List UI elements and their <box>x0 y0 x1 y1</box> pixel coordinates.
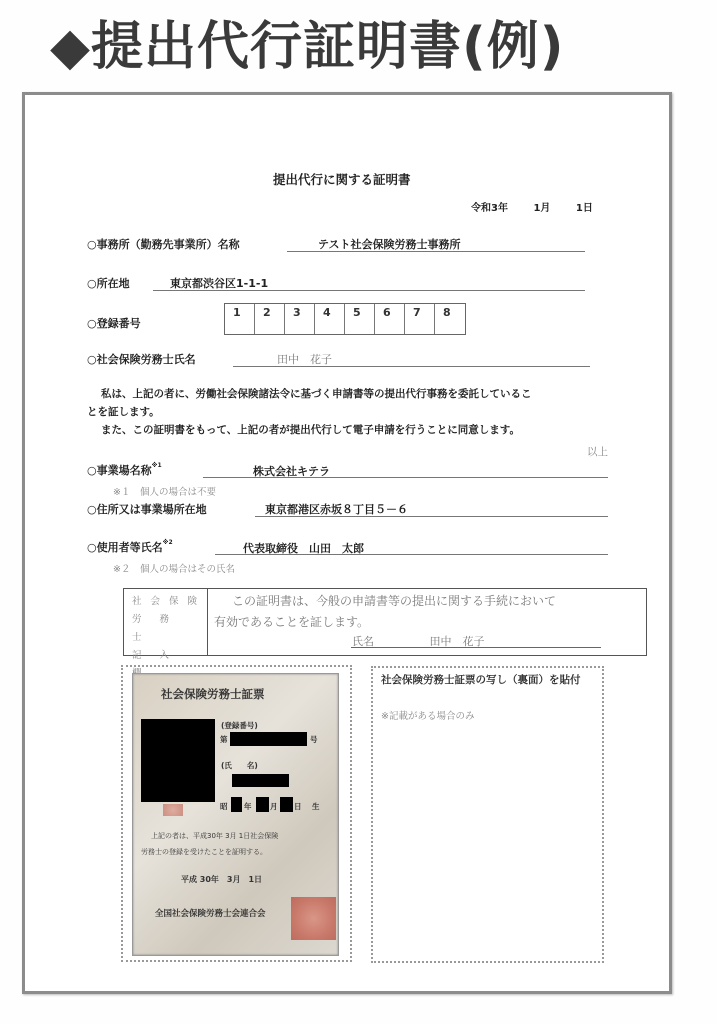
sharoushi-name-underline <box>233 366 590 367</box>
license-card-title: 社会保険労務士証票 <box>161 686 265 702</box>
certification-box-text: この証明書は、今般の申請書等の提出に関する手続において 有効であることを証します… <box>208 589 646 655</box>
license-birth-day-unit: 日 <box>294 801 302 812</box>
date-month: 1月 <box>533 203 550 214</box>
employer-name-label: ○使用者等氏名※2 <box>87 539 173 555</box>
reg-digit: 8 <box>435 304 465 334</box>
redacted-birth-year <box>231 797 242 812</box>
registration-number-boxes: 1 2 3 4 5 6 7 8 <box>224 303 466 335</box>
certification-signature: 氏名 田中 花子 <box>352 631 485 652</box>
redacted-birth-day <box>280 797 293 812</box>
reg-digit: 6 <box>375 304 405 334</box>
document-title: 提出代行に関する証明書 <box>273 170 411 188</box>
license-card-photo: 社会保険労務士証票 (登録番号) 第 号 (氏 名) 昭 年 月 日 生 上記の… <box>132 673 339 956</box>
license-reg-label: (登録番号) <box>221 720 258 731</box>
date-day: 1日 <box>576 203 593 214</box>
license-birth-month-unit: 月 <box>270 801 278 812</box>
redacted-photo <box>141 719 215 802</box>
sharoushi-name-label: ○社会保険労務士氏名 <box>87 351 196 367</box>
reg-digit: 4 <box>315 304 345 334</box>
reg-digit: 1 <box>225 304 255 334</box>
sharoushi-certification-box: 社会保険 労務士 記入欄 この証明書は、今般の申請書等の提出に関する手続において… <box>123 588 647 656</box>
signature-underline <box>351 647 601 648</box>
certification-box-label: 社会保険 労務士 記入欄 <box>124 589 208 655</box>
license-reg-prefix: 第 <box>220 734 228 745</box>
reg-digit: 5 <box>345 304 375 334</box>
reg-digit: 2 <box>255 304 285 334</box>
business-name-note: ※１ 個人の場合は不要 <box>113 484 216 498</box>
license-reg-suffix: 号 <box>310 734 318 745</box>
license-birth-prefix: 昭 <box>220 801 228 812</box>
document-date: 令和3年 1月 1日 <box>471 199 593 214</box>
employer-name-label-text: ○使用者等氏名 <box>87 541 163 554</box>
license-birth-suffix: 生 <box>312 801 320 812</box>
note-marker-2: ※2 <box>163 539 173 546</box>
redacted-birth-month <box>256 797 269 812</box>
business-address-underline <box>255 516 608 517</box>
sharoushi-name-value: 田中 花子 <box>277 351 332 367</box>
address-value: 東京都渋谷区1-1-1 <box>170 275 268 291</box>
license-back-paste-area: 社会保険労務士証票の写し（裏面）を貼付 ※記載がある場合のみ <box>371 666 604 963</box>
statement-line-2: とを証します。 <box>87 404 160 422</box>
license-name-label: (氏 名) <box>221 760 258 771</box>
business-address-label: ○住所又は事業場所在地 <box>87 501 207 517</box>
business-address-value: 東京都港区赤坂８丁目５－６ <box>265 501 408 517</box>
certificate-document: 提出代行に関する証明書 令和3年 1月 1日 ○事務所（勤務先事業所）名称 テス… <box>22 92 672 994</box>
office-name-value: テスト社会保険労務士事務所 <box>318 236 461 252</box>
license-body-line-1: 上記の者は、平成30年 3月 1日社会保険 <box>151 829 278 843</box>
closing-ijo: 以上 <box>587 444 608 459</box>
address-label: ○所在地 <box>87 275 130 291</box>
reg-digit: 3 <box>285 304 315 334</box>
redacted-registration-number <box>230 732 307 746</box>
paste-area-note: ※記載がある場合のみ <box>381 708 474 722</box>
small-seal <box>163 804 183 816</box>
reg-digit: 7 <box>405 304 435 334</box>
address-underline <box>153 290 585 291</box>
paste-area-title: 社会保険労務士証票の写し（裏面）を貼付 <box>381 672 596 689</box>
registration-label: ○登録番号 <box>87 315 141 331</box>
certification-label-line: 労務士 <box>132 611 207 647</box>
certification-text-line-1: この証明書は、今般の申請書等の提出に関する手続において <box>214 591 646 612</box>
certification-text-line-2: 有効であることを証します。 <box>214 612 646 633</box>
business-name-label-text: ○事業場名称 <box>87 464 152 477</box>
statement-line-1: 私は、上記の者に、労働社会保険諸法令に基づく申請書等の提出代行事務を委託している… <box>101 386 532 404</box>
slide-title: ◆提出代行証明書(例) <box>50 12 565 82</box>
date-year: 令和3年 <box>471 203 508 214</box>
office-name-underline <box>287 251 585 252</box>
employer-name-note: ※２ 個人の場合はその氏名 <box>113 561 235 575</box>
business-name-underline <box>203 477 608 478</box>
redacted-name <box>232 774 289 787</box>
office-name-label: ○事務所（勤務先事業所）名称 <box>87 236 240 252</box>
license-birth-year-unit: 年 <box>244 801 252 812</box>
license-issue-date: 平成 30年 3月 1日 <box>181 873 262 887</box>
business-name-label: ○事業場名称※1 <box>87 462 162 478</box>
license-issuer: 全国社会保険労務士会連合会 <box>155 907 266 921</box>
certification-label-line: 社会保険 <box>132 593 207 611</box>
employer-name-underline <box>215 554 608 555</box>
license-card-photo-frame: 社会保険労務士証票 (登録番号) 第 号 (氏 名) 昭 年 月 日 生 上記の… <box>121 665 352 962</box>
official-seal <box>291 897 336 940</box>
statement-line-3: また、この証明書をもって、上記の者が提出代行して電子申請を行うことに同意します。 <box>101 422 520 440</box>
note-marker-1: ※1 <box>152 462 162 469</box>
license-body-line-2: 労務士の登録を受けたことを証明する。 <box>141 845 267 859</box>
